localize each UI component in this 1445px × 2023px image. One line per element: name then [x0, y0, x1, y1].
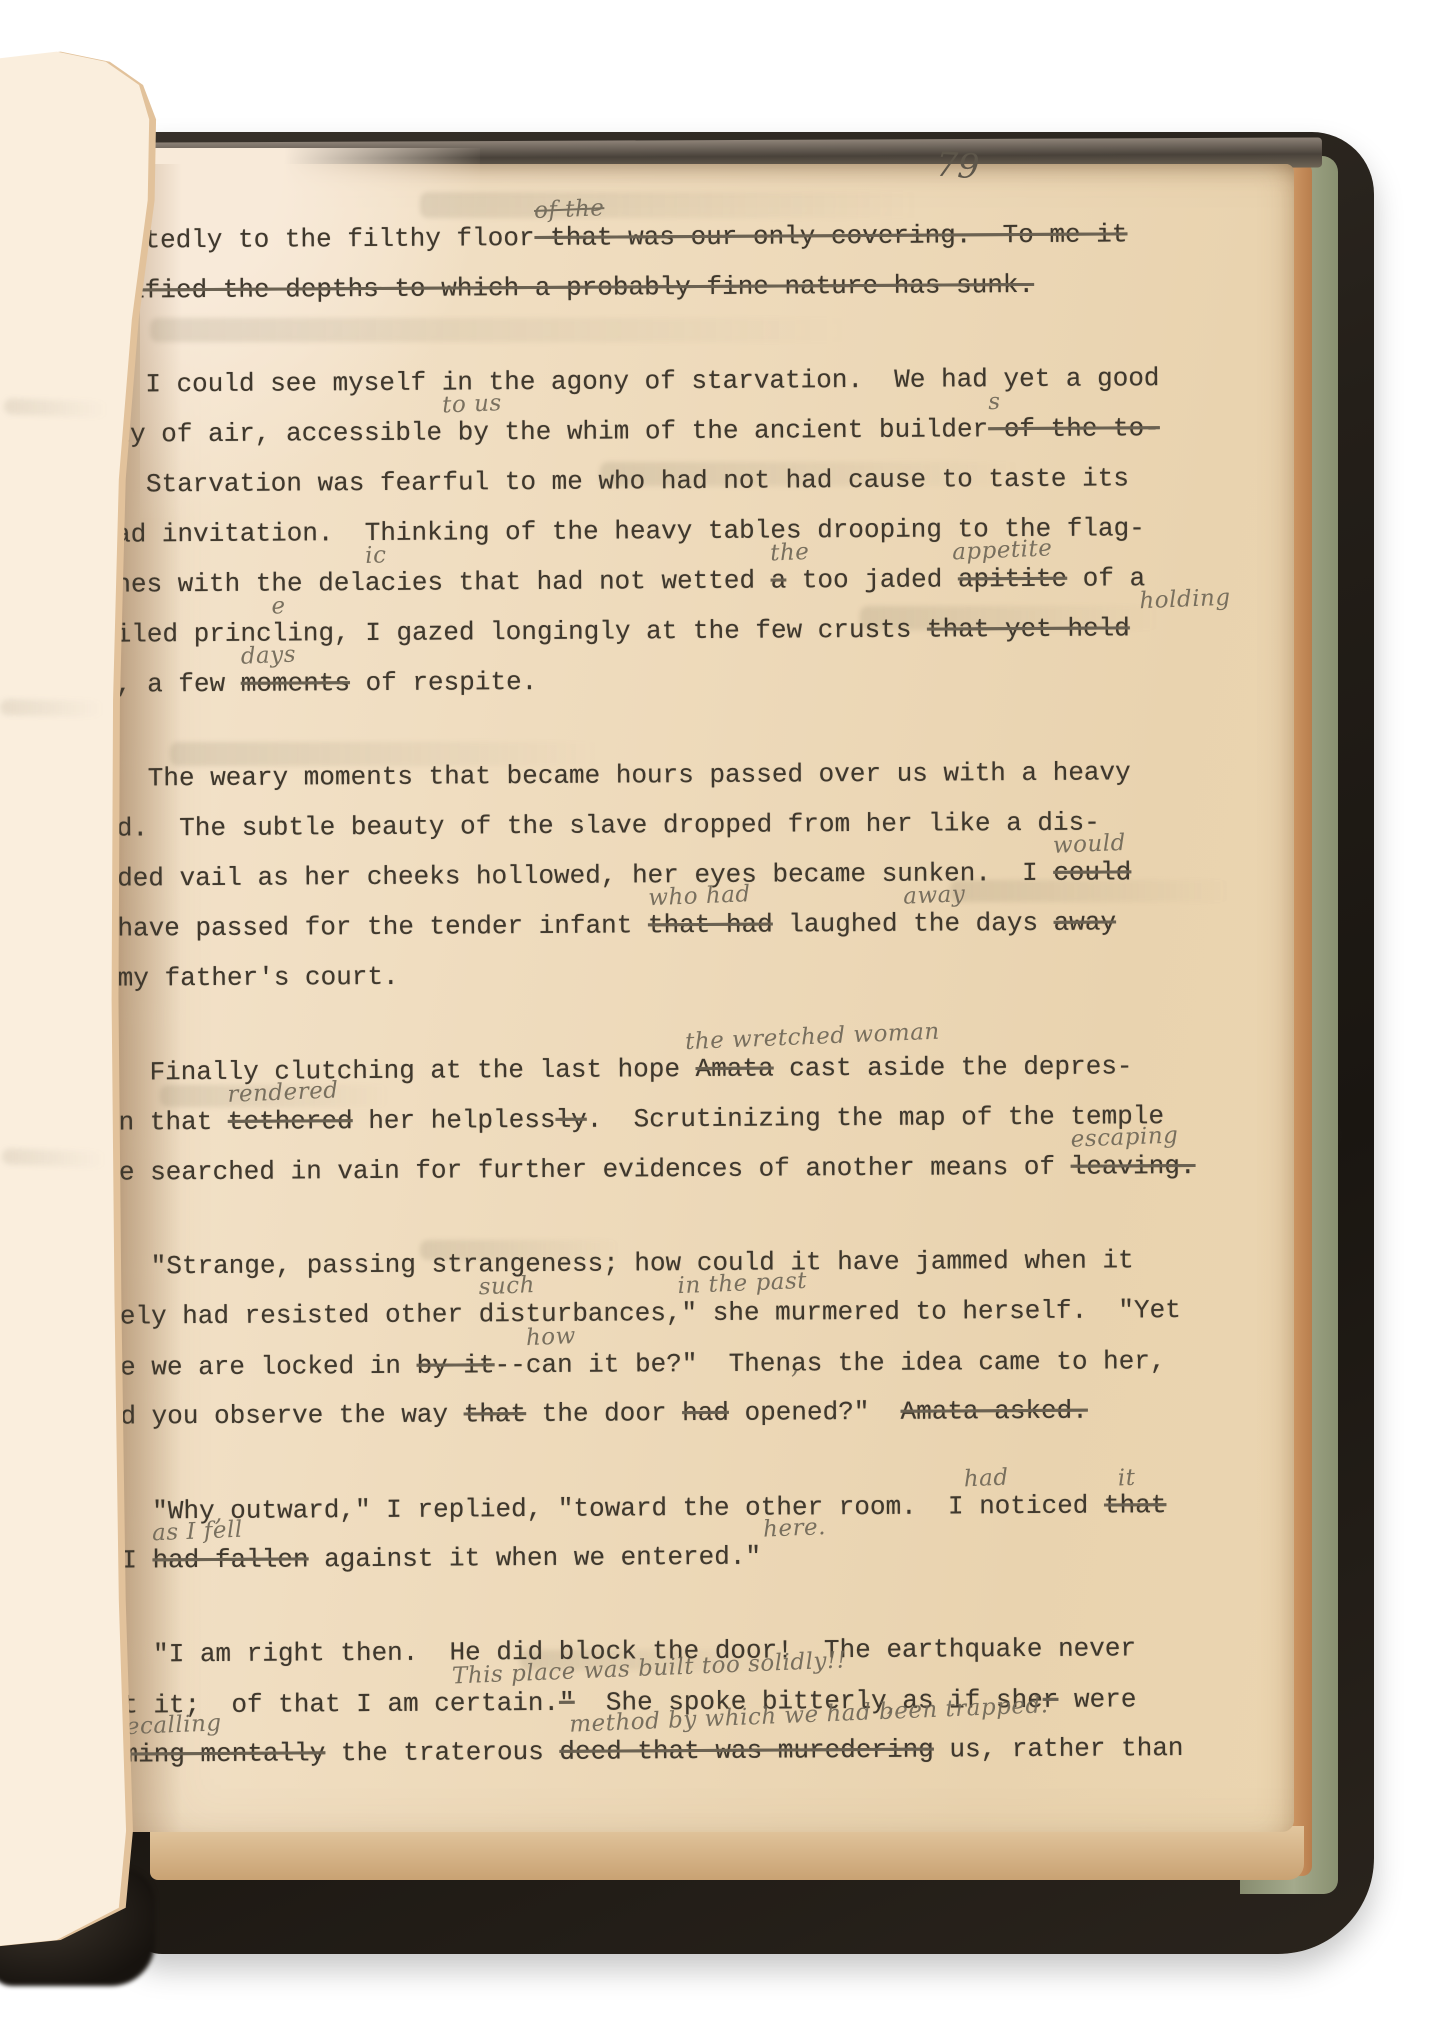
struck-typed-text: Amata asked. [901, 1396, 1088, 1427]
typed-text: too jaded [786, 564, 958, 595]
typescript-paragraph: The weary moments that became hours pass… [116, 746, 1283, 1003]
typed-text: e searched in vain for further evidences… [119, 1152, 1071, 1188]
typescript-line: have passed for the tender infant who ha… [117, 896, 1282, 953]
struck-typed-text: tethered [228, 1106, 353, 1137]
typed-text: , a few [116, 669, 241, 700]
struck-typed-text: leaving. [1071, 1151, 1196, 1182]
typed-text: cast aside the depres- [774, 1051, 1133, 1083]
typed-text: as the idea came to her, [791, 1346, 1166, 1378]
typed-text: " she murmered to herself. "Yet [681, 1295, 1180, 1328]
struck-typed-text: a [771, 565, 787, 595]
typed-text: of respite. [350, 667, 537, 698]
bleed-through-ghost [0, 699, 104, 717]
struck-typed-text: of the to- [988, 413, 1160, 444]
typescript-line: my father's court. [118, 946, 1283, 1003]
struck-typed-text: that had [648, 910, 773, 941]
struck-typed-text: that was our only covering. To me it [534, 219, 1127, 253]
struck-typed-text: ly [555, 1105, 586, 1135]
typed-text: e we are locked in [120, 1351, 417, 1383]
typed-text: can it be?" Then [526, 1348, 791, 1380]
typed-text: us, rather than [934, 1733, 1184, 1765]
typescript-line: ely had resisted other suchdisturbances,… [120, 1284, 1285, 1341]
typescript-line: e we are locked in by it--howcan it be?"… [120, 1334, 1285, 1391]
typescript-line: ly of air, accessibleto us by the whim o… [114, 402, 1279, 459]
struck-typed-text: that yet held [927, 613, 1130, 644]
typescript-line: "Why, outward," I replied, "toward the o… [121, 1478, 1286, 1535]
typed-text: outward," I replied, "toward the other r… [215, 1491, 964, 1526]
typed-text: I could see myself in the agony of starv… [114, 363, 1160, 399]
typescript-line: ectedly to the filthy floorof the that w… [113, 208, 1278, 265]
typed-text: d you observe the way [120, 1399, 463, 1431]
typescript-line: d you observe the way that the door had … [120, 1384, 1285, 1441]
typed-text: -- [495, 1350, 526, 1380]
cover-bottom-left-corner [0, 1868, 155, 1986]
typed-text: by the whim of the ancient builder [442, 414, 988, 447]
struck-typed-text: moments [241, 668, 350, 699]
struck-typed-text: that [464, 1399, 527, 1429]
typed-text: ectedly to the filthy floor [113, 223, 534, 256]
typed-text: her helpless [353, 1105, 556, 1136]
typed-text: against it when we entered. [308, 1542, 745, 1575]
struck-typed-text: by it [416, 1350, 494, 1380]
typed-text: disturbances, [479, 1298, 682, 1329]
typed-text: laughed [773, 909, 898, 940]
bleed-through-ghost [2, 1148, 106, 1168]
typescript-paragraph: Finally clutching at the last hope the w… [118, 1040, 1284, 1197]
struck-typed-text: ming mentally [122, 1738, 325, 1769]
typescript-line: nified the depths to which a probably fi… [113, 258, 1278, 315]
typed-text: the traterous [325, 1737, 559, 1768]
typed-text: my father's court. [118, 962, 399, 994]
typed-text: the door [526, 1398, 682, 1429]
typed-text: " [745, 1542, 761, 1572]
typed-text: ely had resisted other [120, 1299, 479, 1331]
typescript: ectedly to the filthy floorof the that w… [113, 208, 1288, 1823]
typescript-line: ad invitation. Thinking of the heavy tab… [115, 502, 1280, 559]
typed-text: opened?" [729, 1397, 901, 1428]
typescript-line: I could see myself in the agony of starv… [114, 352, 1279, 409]
struck-typed-text: deed that was muredering [559, 1735, 934, 1767]
typed-text: Starvation was fearful to me who had not… [115, 463, 1129, 499]
typescript-line: I as I fellhad fallen against it when we… [121, 1528, 1286, 1585]
struck-typed-text: that [1104, 1490, 1167, 1520]
typed-text: noticed [963, 1491, 1104, 1522]
typed-text: n that [119, 1107, 228, 1138]
struck-typed-text: had fallen [152, 1544, 308, 1575]
typed-text: the days [898, 908, 1054, 939]
typed-text: have passed for the tender infant [117, 910, 648, 943]
struck-typed-text: Amata [696, 1054, 774, 1084]
struck-typed-text: could [1053, 857, 1131, 887]
typed-text: ly of air, accessible [114, 418, 442, 450]
typed-text: "Strange, passing strangeness; how could… [119, 1245, 1133, 1281]
typed-text: I [121, 1545, 152, 1575]
struck-typed-text: apitite [958, 564, 1067, 595]
page-number: 79 [935, 145, 981, 188]
manuscript-photo: 79 ectedly to the filthy floorof the tha… [0, 0, 1445, 2023]
typescript-paragraph: ectedly to the filthy floorof the that w… [113, 208, 1279, 315]
typed-text: ling, I gazed longingly at the few crust… [272, 615, 927, 649]
typescript-line: ¶ Starvation was fearful to me who had n… [115, 452, 1280, 509]
typescript-paragraph: I could see myself in the agony of starv… [114, 352, 1281, 709]
typed-text: nes with the del [115, 568, 365, 600]
struck-typed-text: nified the depths to which a probably fi… [113, 270, 1034, 306]
typescript-paragraph: "Why, outward," I replied, "toward the o… [121, 1478, 1287, 1585]
page-edges-bottom [150, 1826, 1304, 1880]
typescript-line: recallingming mentally the traterous met… [122, 1722, 1287, 1779]
typed-text: The weary moments that became hours pass… [116, 757, 1130, 793]
typed-text: were [1058, 1684, 1136, 1714]
typescript-line: e searched in vain for further evidences… [119, 1140, 1284, 1197]
typed-text: of a [1067, 563, 1145, 593]
typescript-line: , a few daysmoments of respite. [116, 652, 1281, 709]
bleed-through-ghost [4, 398, 108, 418]
typescript-paragraph: "Strange, passing strangeness; how could… [119, 1234, 1285, 1441]
typed-text: acies that had not wetted [365, 566, 771, 598]
typed-text: Finally clutching at the last hope [118, 1054, 695, 1088]
typed-text: d. The subtle beauty of the slave droppe… [117, 808, 1100, 844]
struck-typed-text: had [682, 1398, 729, 1428]
typescript-paragraph: "I am right then. He did block the door!… [122, 1622, 1288, 1779]
typescript-line: nes with the delicacies that had not wet… [115, 552, 1280, 609]
struck-typed-text: away [1054, 907, 1117, 937]
typescript-line: The weary moments that became hours pass… [116, 746, 1281, 803]
